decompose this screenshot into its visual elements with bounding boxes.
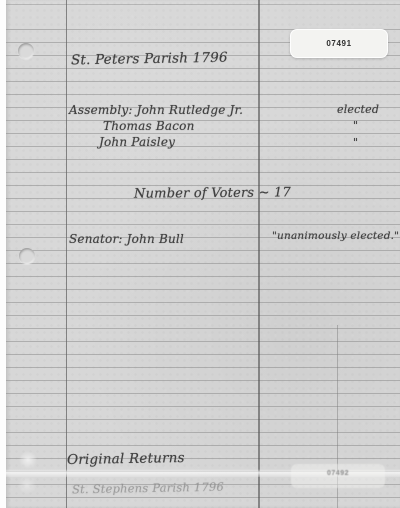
punch-hole-top: [18, 43, 34, 59]
center-vertical-line: [258, 0, 260, 508]
ditto-mark-1: ": [353, 119, 358, 132]
catalog-number: 07491: [326, 39, 351, 48]
notebook-paper: 07491 St. Peters Parish 1796 Assembly: J…: [6, 0, 400, 508]
bleedthrough-sticker-number: 07492: [327, 470, 349, 477]
punch-hole-middle: [19, 248, 35, 264]
left-margin-line: [66, 0, 67, 508]
bleedthrough-sticker: 07492: [291, 464, 385, 488]
elected-note-handwriting: elected: [337, 103, 379, 116]
scanned-document-page: 07491 St. Peters Parish 1796 Assembly: J…: [0, 0, 400, 508]
catalog-sticker: 07491: [290, 29, 388, 58]
assembly-line-handwriting: Assembly: John Rutledge Jr.: [69, 103, 243, 117]
punch-hole-ghost-2: [18, 476, 36, 494]
ditto-mark-2: ": [353, 136, 358, 149]
assembly-member-2-handwriting: Thomas Bacon: [103, 119, 195, 133]
senator-line-handwriting: Senator: John Bull: [69, 232, 184, 246]
assembly-member-3-handwriting: John Paisley: [99, 135, 175, 149]
punch-hole-ghost-1: [19, 451, 37, 469]
page-title-handwriting: St. Peters Parish 1796: [71, 50, 228, 69]
voters-count-handwriting: Number of Voters ~ 17: [134, 185, 291, 201]
bleedthrough-title-handwriting: St. Stephens Parish 1796: [72, 480, 224, 497]
senator-elected-note-handwriting: "unanimously elected.": [272, 230, 399, 242]
original-returns-handwriting: Original Returns: [67, 450, 185, 468]
